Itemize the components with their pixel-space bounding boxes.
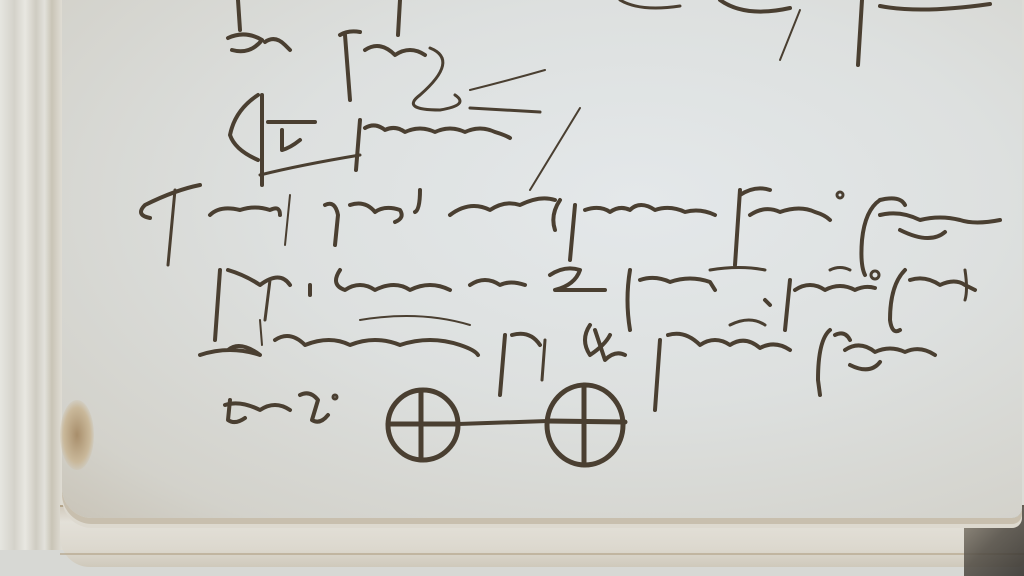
line-3-ink: [230, 95, 580, 190]
line-7-ink: [225, 393, 337, 422]
line-4-ink: [141, 185, 1000, 275]
manuscript-scene: ... ... ... partic da stat Item pannum e…: [0, 0, 1024, 576]
crossed-circles-sign-ink: [388, 385, 625, 465]
line-2-ink: [228, 31, 545, 110]
handwriting-ink: [0, 0, 1024, 576]
